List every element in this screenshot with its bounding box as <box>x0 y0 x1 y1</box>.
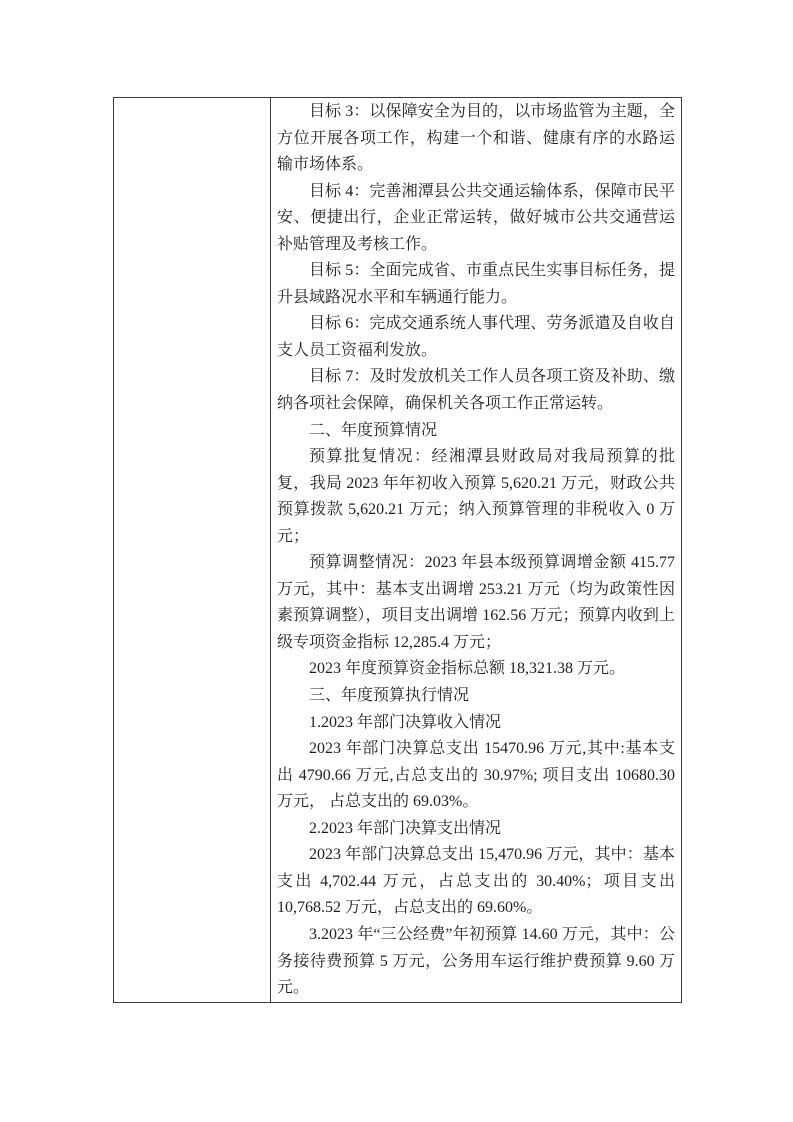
document-page: 目标 3：以保障安全为目的，以市场监管为主题，全方位开展各项工作，构建一个和谐、… <box>0 0 793 1122</box>
paragraph-goal-4: 目标 4：完善湘潭县公共交通运输体系，保障市民平安、便捷出行，企业正常运转，做好… <box>277 179 675 259</box>
paragraph-goal-5: 目标 5：全面完成省、市重点民生实事目标任务，提升县域路况水平和车辆通行能力。 <box>277 258 675 311</box>
heading-expenditure-situation: 2.2023 年部门决算支出情况 <box>277 816 675 843</box>
heading-budget-execution: 三、年度预算执行情况 <box>277 683 675 710</box>
paragraph-budget-approval: 预算批复情况：经湘潭县财政局对我局预算的批复，我局 2023 年年初收入预算 5… <box>277 444 675 550</box>
paragraph-budget-total: 2023 年度预算资金指标总额 18,321.38 万元。 <box>277 656 675 683</box>
heading-income-situation: 1.2023 年部门决算收入情况 <box>277 710 675 737</box>
paragraph-income-detail: 2023 年部门决算总支出 15470.96 万元,其中:基本支出 4790.6… <box>277 736 675 816</box>
table-label-cell-empty <box>114 98 271 1002</box>
heading-annual-budget: 二、年度预算情况 <box>277 418 675 445</box>
paragraph-goal-6: 目标 6：完成交通系统人事代理、劳务派遣及自收自支人员工资福利发放。 <box>277 311 675 364</box>
report-table: 目标 3：以保障安全为目的，以市场监管为主题，全方位开展各项工作，构建一个和谐、… <box>113 97 682 1003</box>
paragraph-goal-7: 目标 7：及时发放机关工作人员各项工资及补助、缴纳各项社会保障，确保机关各项工作… <box>277 364 675 417</box>
paragraph-expenditure-detail: 2023 年部门决算总支出 15,470.96 万元，其中：基本支出 4,702… <box>277 842 675 922</box>
table-content-cell: 目标 3：以保障安全为目的，以市场监管为主题，全方位开展各项工作，构建一个和谐、… <box>271 98 681 1002</box>
paragraph-three-public-budget: 3.2023 年“三公经费”年初预算 14.60 万元，其中：公务接待费预算 5… <box>277 922 675 1002</box>
paragraph-goal-3: 目标 3：以保障安全为目的，以市场监管为主题，全方位开展各项工作，构建一个和谐、… <box>277 99 675 179</box>
paragraph-budget-adjustment: 预算调整情况：2023 年县本级预算调增金额 415.77 万元，其中：基本支出… <box>277 550 675 656</box>
